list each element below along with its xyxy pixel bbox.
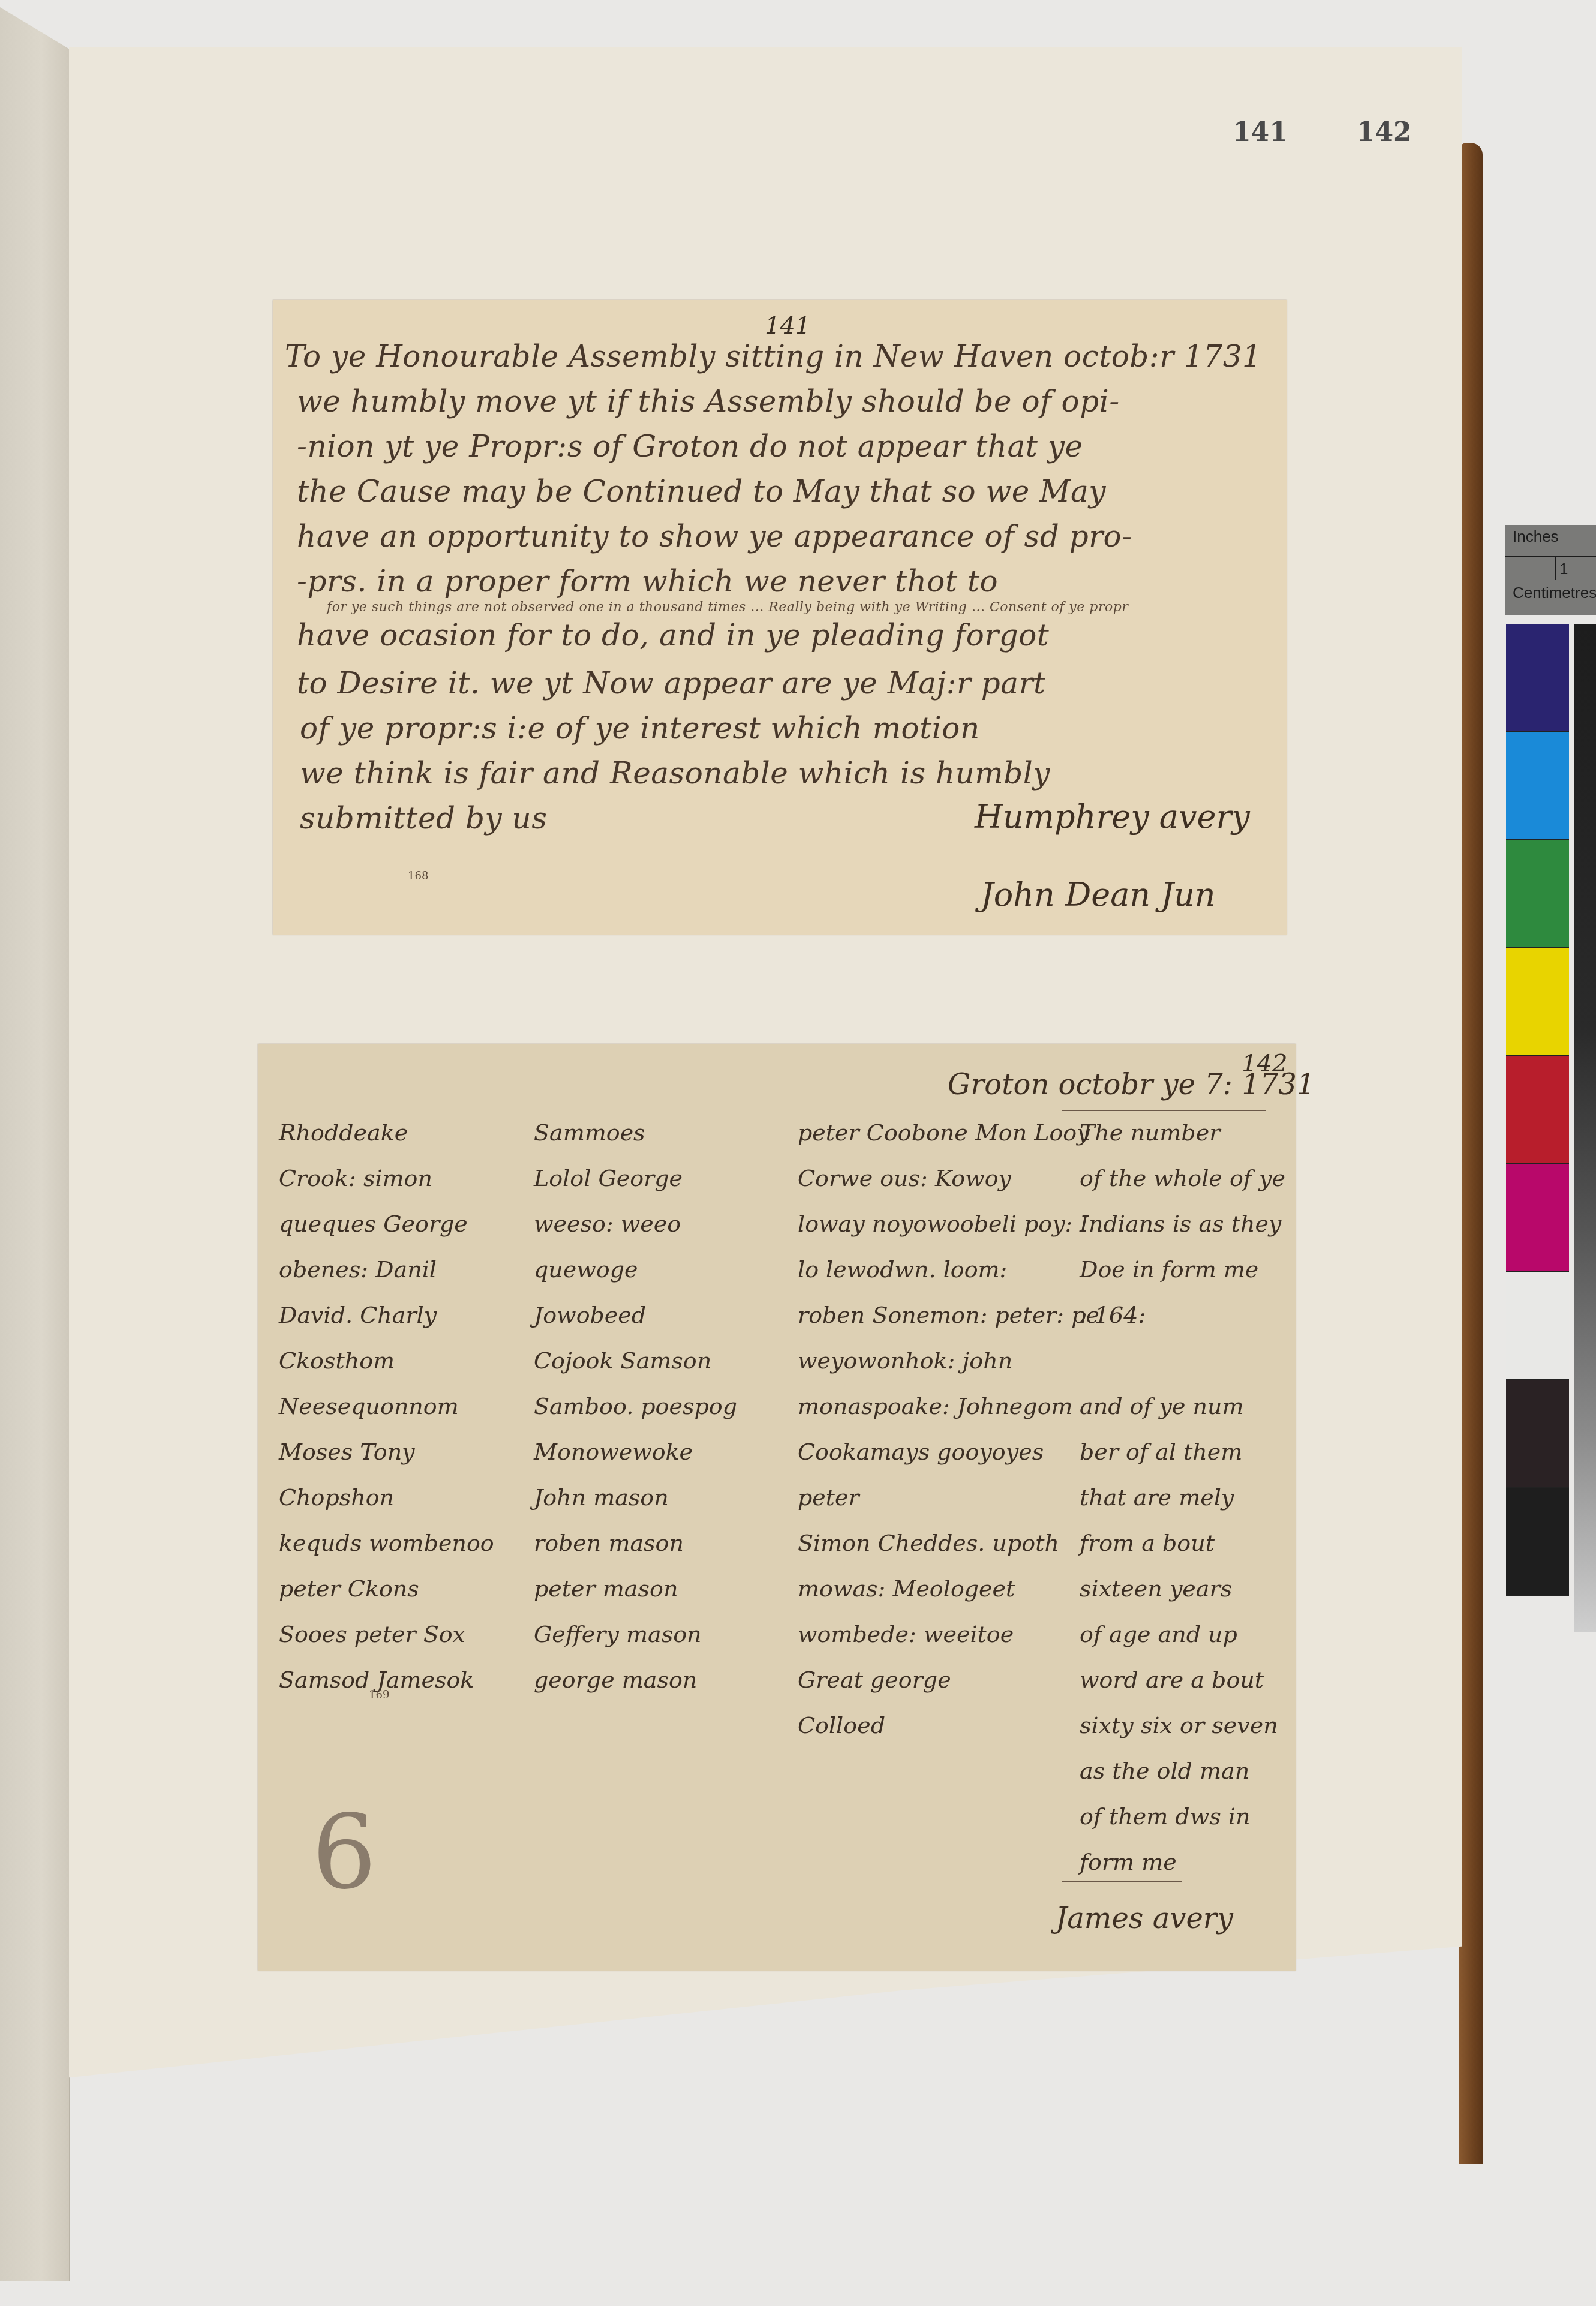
text-line-10: we think is fair and Reasonable which is…: [300, 756, 1050, 791]
name-entry: weeso: weeo: [534, 1201, 737, 1247]
swatch-red: [1506, 1056, 1569, 1164]
swatch-dark-brown: [1506, 1380, 1569, 1488]
names-column-2: Sammoes Lolol George weeso: weeo quewoge…: [534, 1110, 737, 1703]
swatch-white: [1506, 1272, 1569, 1380]
name-entry: Neesequonnom: [279, 1383, 494, 1429]
summary-line: as the old man: [1080, 1748, 1285, 1794]
name-entry: Ckosthom: [279, 1338, 494, 1383]
book-cover-edge: [1459, 143, 1483, 2164]
name-entry: Geffery mason: [534, 1611, 737, 1657]
name-entry: obenes: Danil: [279, 1247, 494, 1292]
text-line-4: the Cause may be Continued to May that s…: [297, 474, 1106, 509]
centimetres-label: Centimetres: [1513, 584, 1596, 602]
interlineation: for ye such things are not observed one …: [327, 600, 1128, 615]
archive-number: 168: [408, 870, 428, 882]
summary-line: Doe in form me: [1080, 1247, 1285, 1292]
signature-humphrey-avery: Humphrey avery: [975, 798, 1250, 836]
summary-line: of age and up: [1080, 1611, 1285, 1657]
signature-rule: [1062, 1881, 1182, 1882]
text-line-9: of ye propr:s i:e of ye interest which m…: [300, 711, 980, 746]
name-entry: Samboo. poespog: [534, 1383, 737, 1429]
folio-number: 141: [765, 312, 810, 340]
page-number-141: 141: [1233, 117, 1288, 148]
summary-line: sixteen years: [1080, 1566, 1285, 1611]
name-entry: peter mason: [534, 1566, 737, 1611]
signature-james-avery: James avery: [1056, 1902, 1233, 1935]
text-line-3: -nion yt ye Propr:s of Groton do not app…: [297, 429, 1083, 464]
name-entry: Colloed: [798, 1703, 1099, 1748]
summary-line: and of ye num: [1080, 1383, 1285, 1429]
page-number-142: 142: [1357, 117, 1412, 148]
heading-date: Groton octobr ye 7: 1731: [948, 1068, 1315, 1101]
summary-line: of the whole of ye: [1080, 1155, 1285, 1201]
stamped-page-numbers: 141 142: [1233, 117, 1412, 148]
name-entry: george mason: [534, 1657, 737, 1703]
name-entry: Simon Cheddes. upoth: [798, 1520, 1099, 1566]
scale-tick-label: 1: [1559, 560, 1568, 578]
name-entry: Sooes peter Sox: [279, 1611, 494, 1657]
measurement-scale-bar: Inches 1 Centimetres: [1505, 525, 1596, 615]
signature-john-dean: John Dean Jun: [981, 876, 1215, 914]
name-entry: queques George: [279, 1201, 494, 1247]
name-entry: weyowonhok: john: [798, 1338, 1099, 1383]
summary-line: ber of al them: [1080, 1429, 1285, 1475]
summary-line: word are a bout: [1080, 1657, 1285, 1703]
name-entry: peter: [798, 1475, 1099, 1520]
name-entry: wombede: weeitoe: [798, 1611, 1099, 1657]
name-entry: Cojook Samson: [534, 1338, 737, 1383]
text-line-2: we humbly move yt if this Assembly shoul…: [297, 384, 1120, 419]
name-entry: Cookamays gooyoyes: [798, 1429, 1099, 1475]
inches-label: Inches: [1513, 527, 1559, 546]
name-entry: peter Ckons: [279, 1566, 494, 1611]
name-entry: monaspoake: Johnegom: [798, 1383, 1099, 1429]
manuscript-indian-list-142: 142 Groton octobr ye 7: 1731 Rhoddeake C…: [258, 1044, 1296, 1971]
summary-line: sixty six or seven: [1080, 1703, 1285, 1748]
name-entry: kequds wombenoo: [279, 1520, 494, 1566]
name-entry: peter Coobone Mon Looy: [798, 1110, 1099, 1155]
text-line-5: have an opportunity to show ye appearanc…: [297, 519, 1132, 554]
name-entry: Chopshon: [279, 1475, 494, 1520]
summary-spacer: [1080, 1338, 1285, 1383]
swatch-cyan: [1506, 732, 1569, 840]
names-column-3: peter Coobone Mon Looy Corwe ous: Kowoy …: [798, 1110, 1099, 1748]
name-entry: Jowobeed: [534, 1292, 737, 1338]
summary-total: : 164:: [1080, 1292, 1285, 1338]
name-entry: lo lewodwn. loom:: [798, 1247, 1099, 1292]
scale-divider: [1505, 556, 1596, 557]
name-entry: Moses Tony: [279, 1429, 494, 1475]
summary-line: form me: [1080, 1839, 1285, 1885]
swatch-yellow: [1506, 948, 1569, 1056]
text-line-6: -prs. in a proper form which we never th…: [297, 564, 998, 599]
summary-line: of them dws in: [1080, 1794, 1285, 1839]
name-entry: mowas: Meologeet: [798, 1566, 1099, 1611]
swatch-blue-violet: [1506, 624, 1569, 732]
archive-number: 169: [369, 1689, 389, 1701]
summary-line: from a bout: [1080, 1520, 1285, 1566]
swatch-magenta: [1506, 1164, 1569, 1272]
color-checker-strip: [1506, 624, 1569, 1596]
scale-tick: [1555, 556, 1556, 580]
name-entry: quewoge: [534, 1247, 737, 1292]
summary-column: The number of the whole of ye Indians is…: [1080, 1110, 1285, 1885]
text-line-11: submitted by us: [300, 801, 547, 836]
name-entry: Great george: [798, 1657, 1099, 1703]
swatch-black: [1506, 1488, 1569, 1596]
name-entry: Rhoddeake: [279, 1110, 494, 1155]
manuscript-petition-141: 141 To ye Honourable Assembly sitting in…: [273, 300, 1287, 935]
names-column-1: Rhoddeake Crook: simon queques George ob…: [279, 1110, 494, 1703]
name-entry: Monowewoke: [534, 1429, 737, 1475]
name-entry: Sammoes: [534, 1110, 737, 1155]
swatch-green: [1506, 840, 1569, 948]
text-line-1: To ye Honourable Assembly sitting in New…: [285, 339, 1261, 374]
name-entry: roben mason: [534, 1520, 737, 1566]
text-line-8: to Desire it. we yt Now appear are ye Ma…: [297, 666, 1046, 701]
name-entry: roben Sonemon: peter: pe: [798, 1292, 1099, 1338]
name-entry: Corwe ous: Kowoy: [798, 1155, 1099, 1201]
margin-numeral: 6: [312, 1794, 377, 1912]
name-entry: loway noyowoobeli poy:: [798, 1201, 1099, 1247]
summary-line: that are mely: [1080, 1475, 1285, 1520]
summary-line: Indians is as they: [1080, 1201, 1285, 1247]
name-entry: Lolol George: [534, 1155, 737, 1201]
summary-line: The number: [1080, 1110, 1285, 1155]
text-line-7: have ocasion for to do, and in ye pleadi…: [297, 618, 1049, 653]
name-entry: John mason: [534, 1475, 737, 1520]
name-entry: David. Charly: [279, 1292, 494, 1338]
facing-left-page: [0, 7, 70, 2281]
grayscale-strip: [1574, 624, 1596, 1632]
name-entry: Crook: simon: [279, 1155, 494, 1201]
